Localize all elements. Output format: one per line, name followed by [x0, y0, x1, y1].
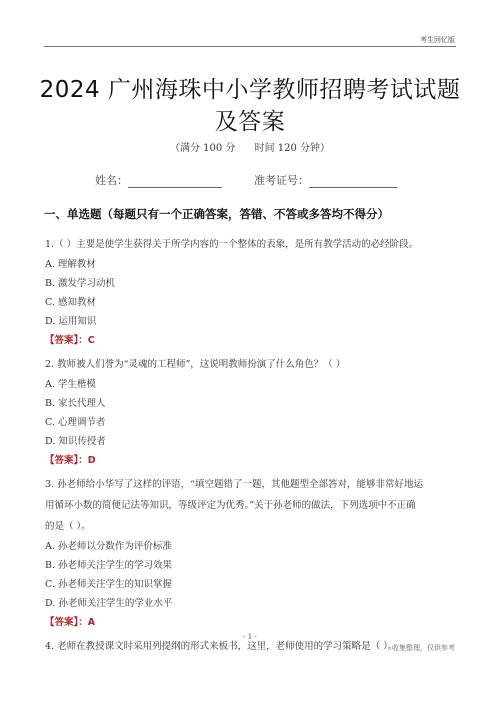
title-line-2: 及答案 [0, 106, 500, 138]
question-stem-line: 用循环小数的简便记法等知识，等级评定为优秀。”关于孙老师的做法，下列选项中不正确 [45, 495, 456, 516]
answer-label: 【答案】：D [45, 451, 456, 470]
question-stem: 2. 教师被人们誉为“灵魂的工程师”，这说明教师扮演了什么角色？（ ） [45, 354, 456, 375]
option-a: A. 孙老师以分数作为评价标准 [45, 537, 456, 556]
page-title: 2024 广州海珠中小学教师招聘考试试题 及答案 [0, 74, 500, 138]
section-heading: 一、单选题（每题只有一个正确答案，答错、不答或多答均不得分） [44, 206, 389, 222]
document-page: 考生回忆版 2024 广州海珠中小学教师招聘考试试题 及答案 （满分 100 分… [0, 0, 500, 707]
question-1: 1.（ ）主要是使学生获得关于所学内容的一个整体的表象，是所有教学活动的必经阶段… [45, 234, 456, 350]
ticket-blank [309, 175, 397, 188]
option-d: D. 孙老师关注学生的学业水平 [45, 594, 456, 613]
page-number: - 1 - [0, 633, 500, 641]
option-b: B. 家长代理人 [45, 394, 456, 413]
option-c: C. 心理调节者 [45, 413, 456, 432]
answer-label: 【答案】：C [45, 331, 456, 350]
option-c: C. 孙老师关注学生的知识掌握 [45, 575, 456, 594]
option-a: A. 学生楷模 [45, 375, 456, 394]
header-label: 考生回忆版 [420, 35, 455, 45]
option-d: D. 知识传授者 [45, 432, 456, 451]
footer-note: 收集整理，仅供参考 [392, 643, 455, 653]
candidate-fields: 姓名： 准考证号： [95, 172, 397, 188]
question-stem-line: 的是（ ）。 [45, 516, 456, 537]
option-b: B. 孙老师关注学生的学习效果 [45, 556, 456, 575]
name-blank [128, 175, 222, 188]
header-divider [44, 46, 456, 47]
option-d: D. 运用知识 [45, 312, 456, 331]
ticket-field: 准考证号： [254, 172, 397, 188]
question-stem-line: 3. 孙老师给小华写了这样的评语，“填空题错了一题，其他题型全部答对，能够非常好… [45, 474, 456, 495]
question-3: 3. 孙老师给小华写了这样的评语，“填空题错了一题，其他题型全部答对，能够非常好… [45, 474, 456, 632]
question-2: 2. 教师被人们誉为“灵魂的工程师”，这说明教师扮演了什么角色？（ ） A. 学… [45, 354, 456, 470]
exam-info: （满分 100 分 时间 120 分钟） [0, 139, 500, 154]
name-field: 姓名： [95, 172, 222, 188]
option-b: B. 激发学习动机 [45, 274, 456, 293]
exam-time: 时间 120 分钟） [255, 143, 330, 154]
ticket-label: 准考证号： [254, 172, 309, 188]
answer-label: 【答案】：A [45, 613, 456, 632]
question-stem: 1.（ ）主要是使学生获得关于所学内容的一个整体的表象，是所有教学活动的必经阶段… [45, 234, 456, 255]
option-c: C. 感知教材 [45, 293, 456, 312]
name-label: 姓名： [95, 172, 128, 188]
title-line-1: 2024 广州海珠中小学教师招聘考试试题 [0, 74, 500, 106]
full-score: （满分 100 分 [170, 143, 235, 154]
option-a: A. 理解教材 [45, 255, 456, 274]
question-list: 1.（ ）主要是使学生获得关于所学内容的一个整体的表象，是所有教学活动的必经阶段… [45, 234, 456, 657]
